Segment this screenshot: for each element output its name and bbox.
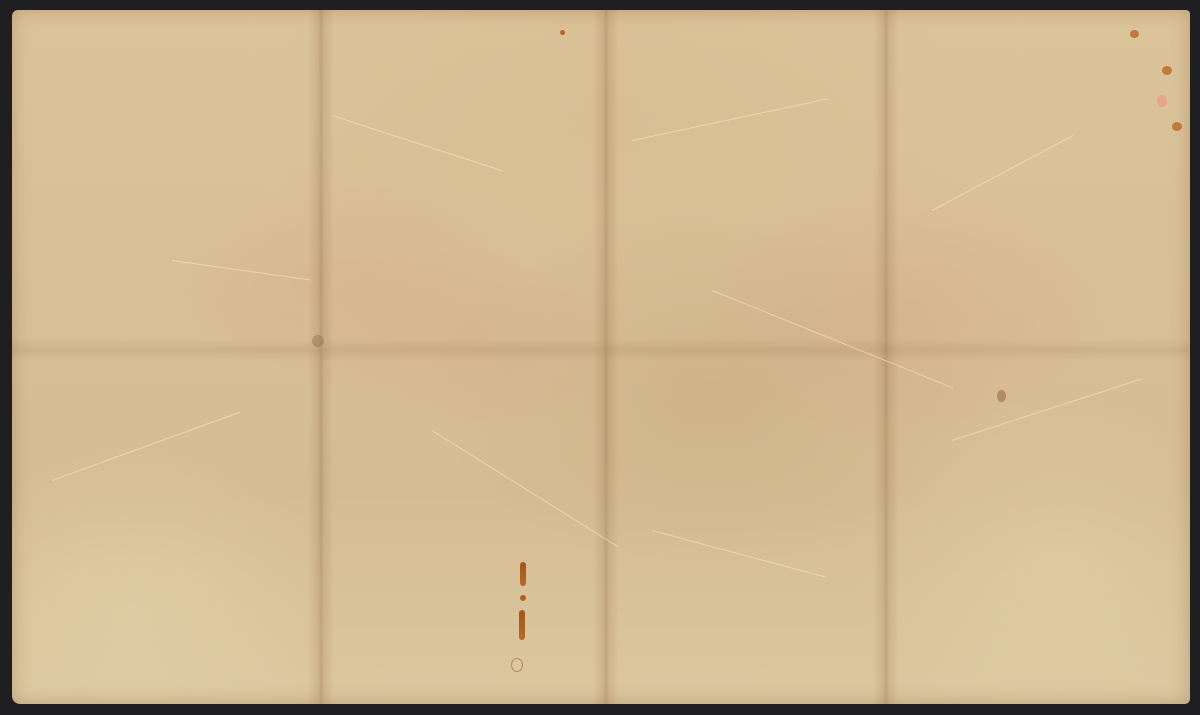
crease-line	[52, 412, 240, 481]
crease-line	[952, 378, 1143, 441]
foxing-spot	[1162, 66, 1172, 75]
foxing-spot	[1130, 30, 1139, 38]
crease-line	[332, 115, 503, 172]
crease-line	[432, 430, 619, 547]
rust-stain	[519, 610, 525, 640]
foxing-spot	[560, 30, 565, 35]
crease-line	[632, 98, 828, 141]
crease-line	[652, 530, 826, 578]
rust-stain-ring	[511, 658, 523, 672]
foxing-spot	[1157, 95, 1167, 107]
crease-line	[932, 135, 1074, 211]
rust-stain	[520, 562, 526, 586]
rust-stain	[520, 595, 526, 601]
photo-background	[0, 0, 1200, 715]
foxing-spot	[1172, 122, 1182, 131]
stain-spot	[312, 335, 324, 347]
horizontal-fold	[12, 339, 1190, 361]
crease-line	[172, 260, 311, 280]
aged-paper-note	[12, 10, 1190, 704]
stain-spot	[997, 390, 1006, 402]
